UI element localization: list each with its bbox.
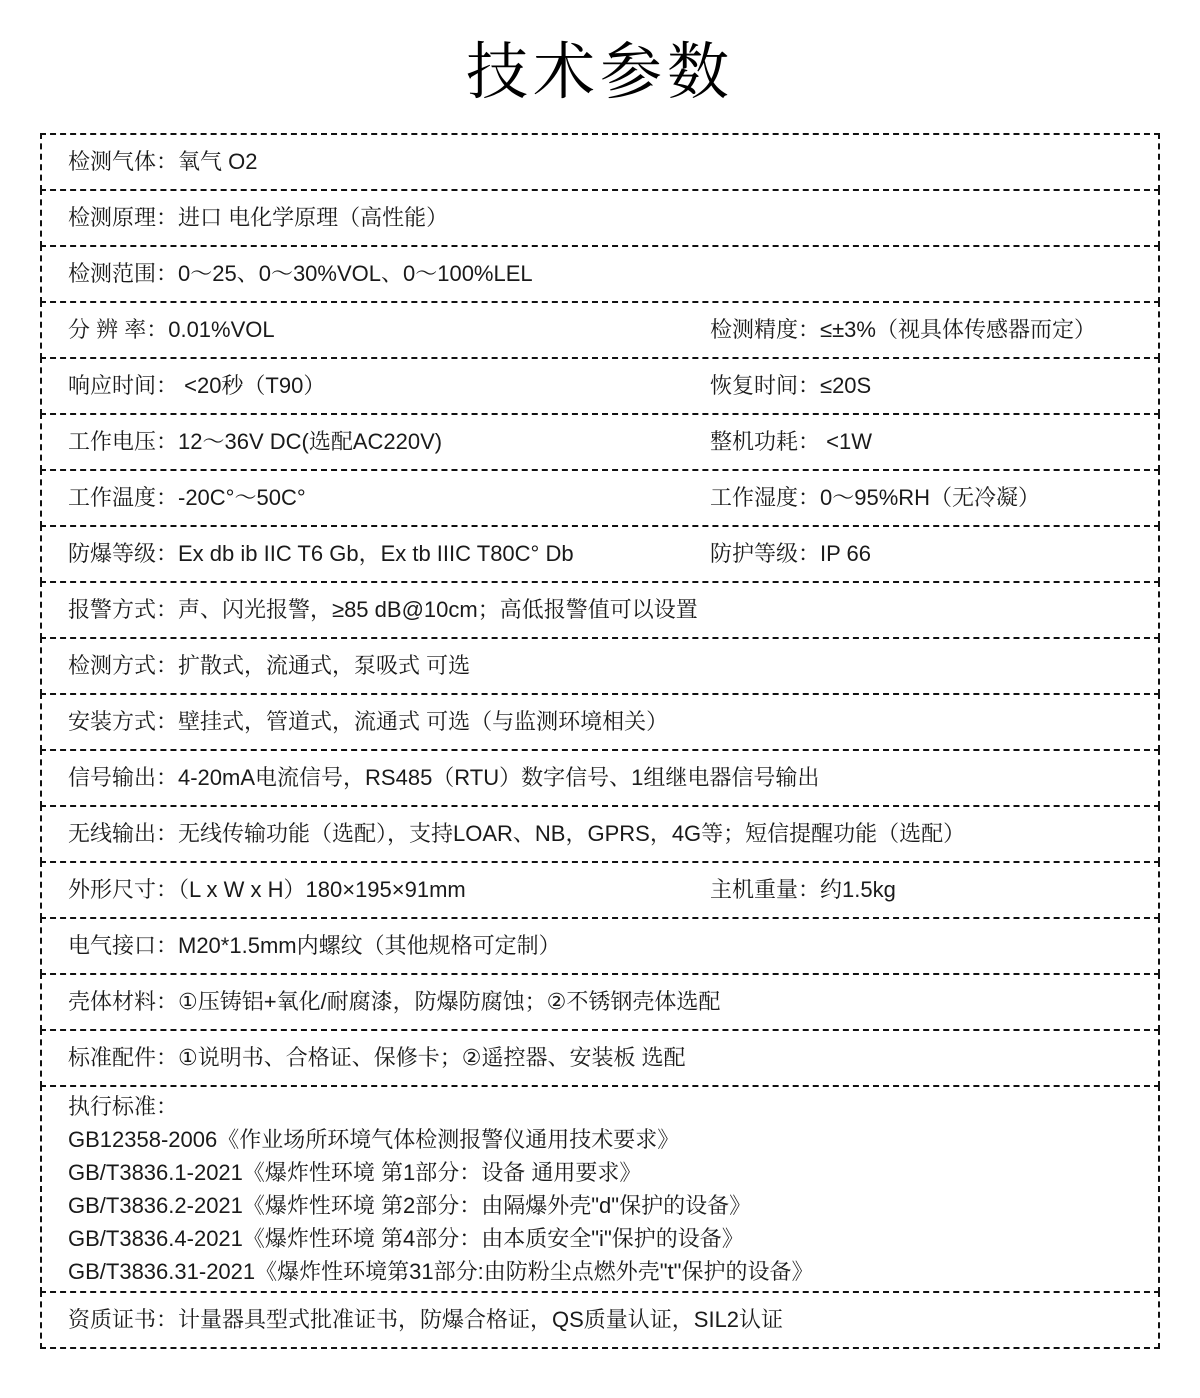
spec-row-electrical-interface: 电气接口：M20*1.5mm内螺纹（其他规格可定制）	[40, 917, 1160, 975]
spec-text-left: 工作电压：12～36V DC(选配AC220V)	[68, 428, 710, 457]
spec-row-detection-range: 检测范围：0～25、0～30%VOL、0～100%LEL	[40, 245, 1160, 303]
page-title: 技术参数	[0, 0, 1200, 133]
spec-text: 信号输出：4-20mA电流信号，RS485（RTU）数字信号、1组继电器信号输出	[68, 764, 819, 793]
standard-line: GB/T3836.1-2021《爆炸性环境 第1部分：设备 通用要求》	[68, 1156, 1148, 1189]
spec-row-executive-standards: 执行标准： GB12358-2006《作业场所环境气体检测报警仪通用技术要求》 …	[40, 1085, 1160, 1293]
spec-text-left: 工作温度：-20C°～50C°	[68, 484, 710, 513]
spec-text: 无线输出：无线传输功能（选配），支持LOAR、NB，GPRS，4G等；短信提醒功…	[68, 820, 965, 849]
spec-row-installation-mode: 安装方式：壁挂式，管道式，流通式 可选（与监测环境相关）	[40, 693, 1160, 751]
spec-text: 资质证书：计量器具型式批准证书，防爆合格证，QS质量认证，SIL2认证	[68, 1306, 783, 1335]
spec-text: 报警方式：声、闪光报警，≥85 dB@10cm；高低报警值可以设置	[68, 596, 698, 625]
spec-text-right: 工作湿度：0～95%RH（无冷凝）	[710, 484, 1148, 513]
spec-text-right: 恢复时间：≤20S	[710, 372, 1148, 401]
spec-text: 安装方式：壁挂式，管道式，流通式 可选（与监测环境相关）	[68, 708, 668, 737]
spec-row-dimensions-weight: 外形尺寸：（L x W x H）180×195×91mm 主机重量：约1.5kg	[40, 861, 1160, 919]
standard-line: 执行标准：	[68, 1090, 1148, 1123]
spec-row-resolution-accuracy: 分 辨 率：0.01%VOL 检测精度：≤±3%（视具体传感器而定）	[40, 301, 1160, 359]
spec-row-standard-accessories: 标准配件：①说明书、合格证、保修卡；②遥控器、安装板 选配	[40, 1029, 1160, 1087]
spec-text-right: 检测精度：≤±3%（视具体传感器而定）	[710, 316, 1148, 345]
standard-line: GB/T3836.2-2021《爆炸性环境 第2部分：由隔爆外壳"d"保护的设备…	[68, 1189, 1148, 1222]
spec-row-wireless-output: 无线输出：无线传输功能（选配），支持LOAR、NB，GPRS，4G等；短信提醒功…	[40, 805, 1160, 863]
spec-text-right: 主机重量：约1.5kg	[710, 876, 1148, 905]
spec-row-explosion-protection: 防爆等级：Ex db ib IIC T6 Gb，Ex tb IIIC T80C°…	[40, 525, 1160, 583]
spec-text-left: 响应时间： <20秒（T90）	[68, 372, 710, 401]
spec-text: 标准配件：①说明书、合格证、保修卡；②遥控器、安装板 选配	[68, 1044, 686, 1073]
standard-line: GB/T3836.4-2021《爆炸性环境 第4部分：由本质安全"i"保护的设备…	[68, 1222, 1148, 1255]
spec-text-right: 整机功耗： <1W	[710, 428, 1148, 457]
spec-text: 检测原理：进口 电化学原理（高性能）	[68, 204, 448, 233]
spec-row-certificates: 资质证书：计量器具型式批准证书，防爆合格证，QS质量认证，SIL2认证	[40, 1291, 1160, 1349]
standard-line: GB/T3836.31-2021《爆炸性环境第31部分:由防粉尘点燃外壳"t"保…	[68, 1255, 1148, 1288]
spec-text: 壳体材料：①压铸铝+氧化/耐腐漆，防爆防腐蚀；②不锈钢壳体选配	[68, 988, 720, 1017]
spec-table: 检测气体：氧气 O2 检测原理：进口 电化学原理（高性能） 检测范围：0～25、…	[40, 133, 1160, 1349]
spec-text: 检测方式：扩散式，流通式，泵吸式 可选	[68, 652, 470, 681]
spec-text-left: 分 辨 率：0.01%VOL	[68, 316, 710, 345]
spec-text: 检测范围：0～25、0～30%VOL、0～100%LEL	[68, 260, 533, 289]
spec-text: 检测气体：氧气 O2	[68, 148, 257, 177]
spec-row-temperature-humidity: 工作温度：-20C°～50C° 工作湿度：0～95%RH（无冷凝）	[40, 469, 1160, 527]
spec-row-detection-mode: 检测方式：扩散式，流通式，泵吸式 可选	[40, 637, 1160, 695]
spec-text-left: 防爆等级：Ex db ib IIC T6 Gb，Ex tb IIIC T80C°…	[68, 540, 710, 569]
spec-row-detection-principle: 检测原理：进口 电化学原理（高性能）	[40, 189, 1160, 247]
spec-row-alarm-mode: 报警方式：声、闪光报警，≥85 dB@10cm；高低报警值可以设置	[40, 581, 1160, 639]
spec-row-voltage-power: 工作电压：12～36V DC(选配AC220V) 整机功耗： <1W	[40, 413, 1160, 471]
standard-line: GB12358-2006《作业场所环境气体检测报警仪通用技术要求》	[68, 1123, 1148, 1156]
spec-text-right: 防护等级：IP 66	[710, 540, 1148, 569]
spec-row-detected-gas: 检测气体：氧气 O2	[40, 133, 1160, 191]
spec-row-housing-material: 壳体材料：①压铸铝+氧化/耐腐漆，防爆防腐蚀；②不锈钢壳体选配	[40, 973, 1160, 1031]
spec-text-left: 外形尺寸：（L x W x H）180×195×91mm	[68, 876, 710, 905]
spec-text: 电气接口：M20*1.5mm内螺纹（其他规格可定制）	[68, 932, 561, 961]
spec-row-response-recovery: 响应时间： <20秒（T90） 恢复时间：≤20S	[40, 357, 1160, 415]
spec-row-signal-output: 信号输出：4-20mA电流信号，RS485（RTU）数字信号、1组继电器信号输出	[40, 749, 1160, 807]
